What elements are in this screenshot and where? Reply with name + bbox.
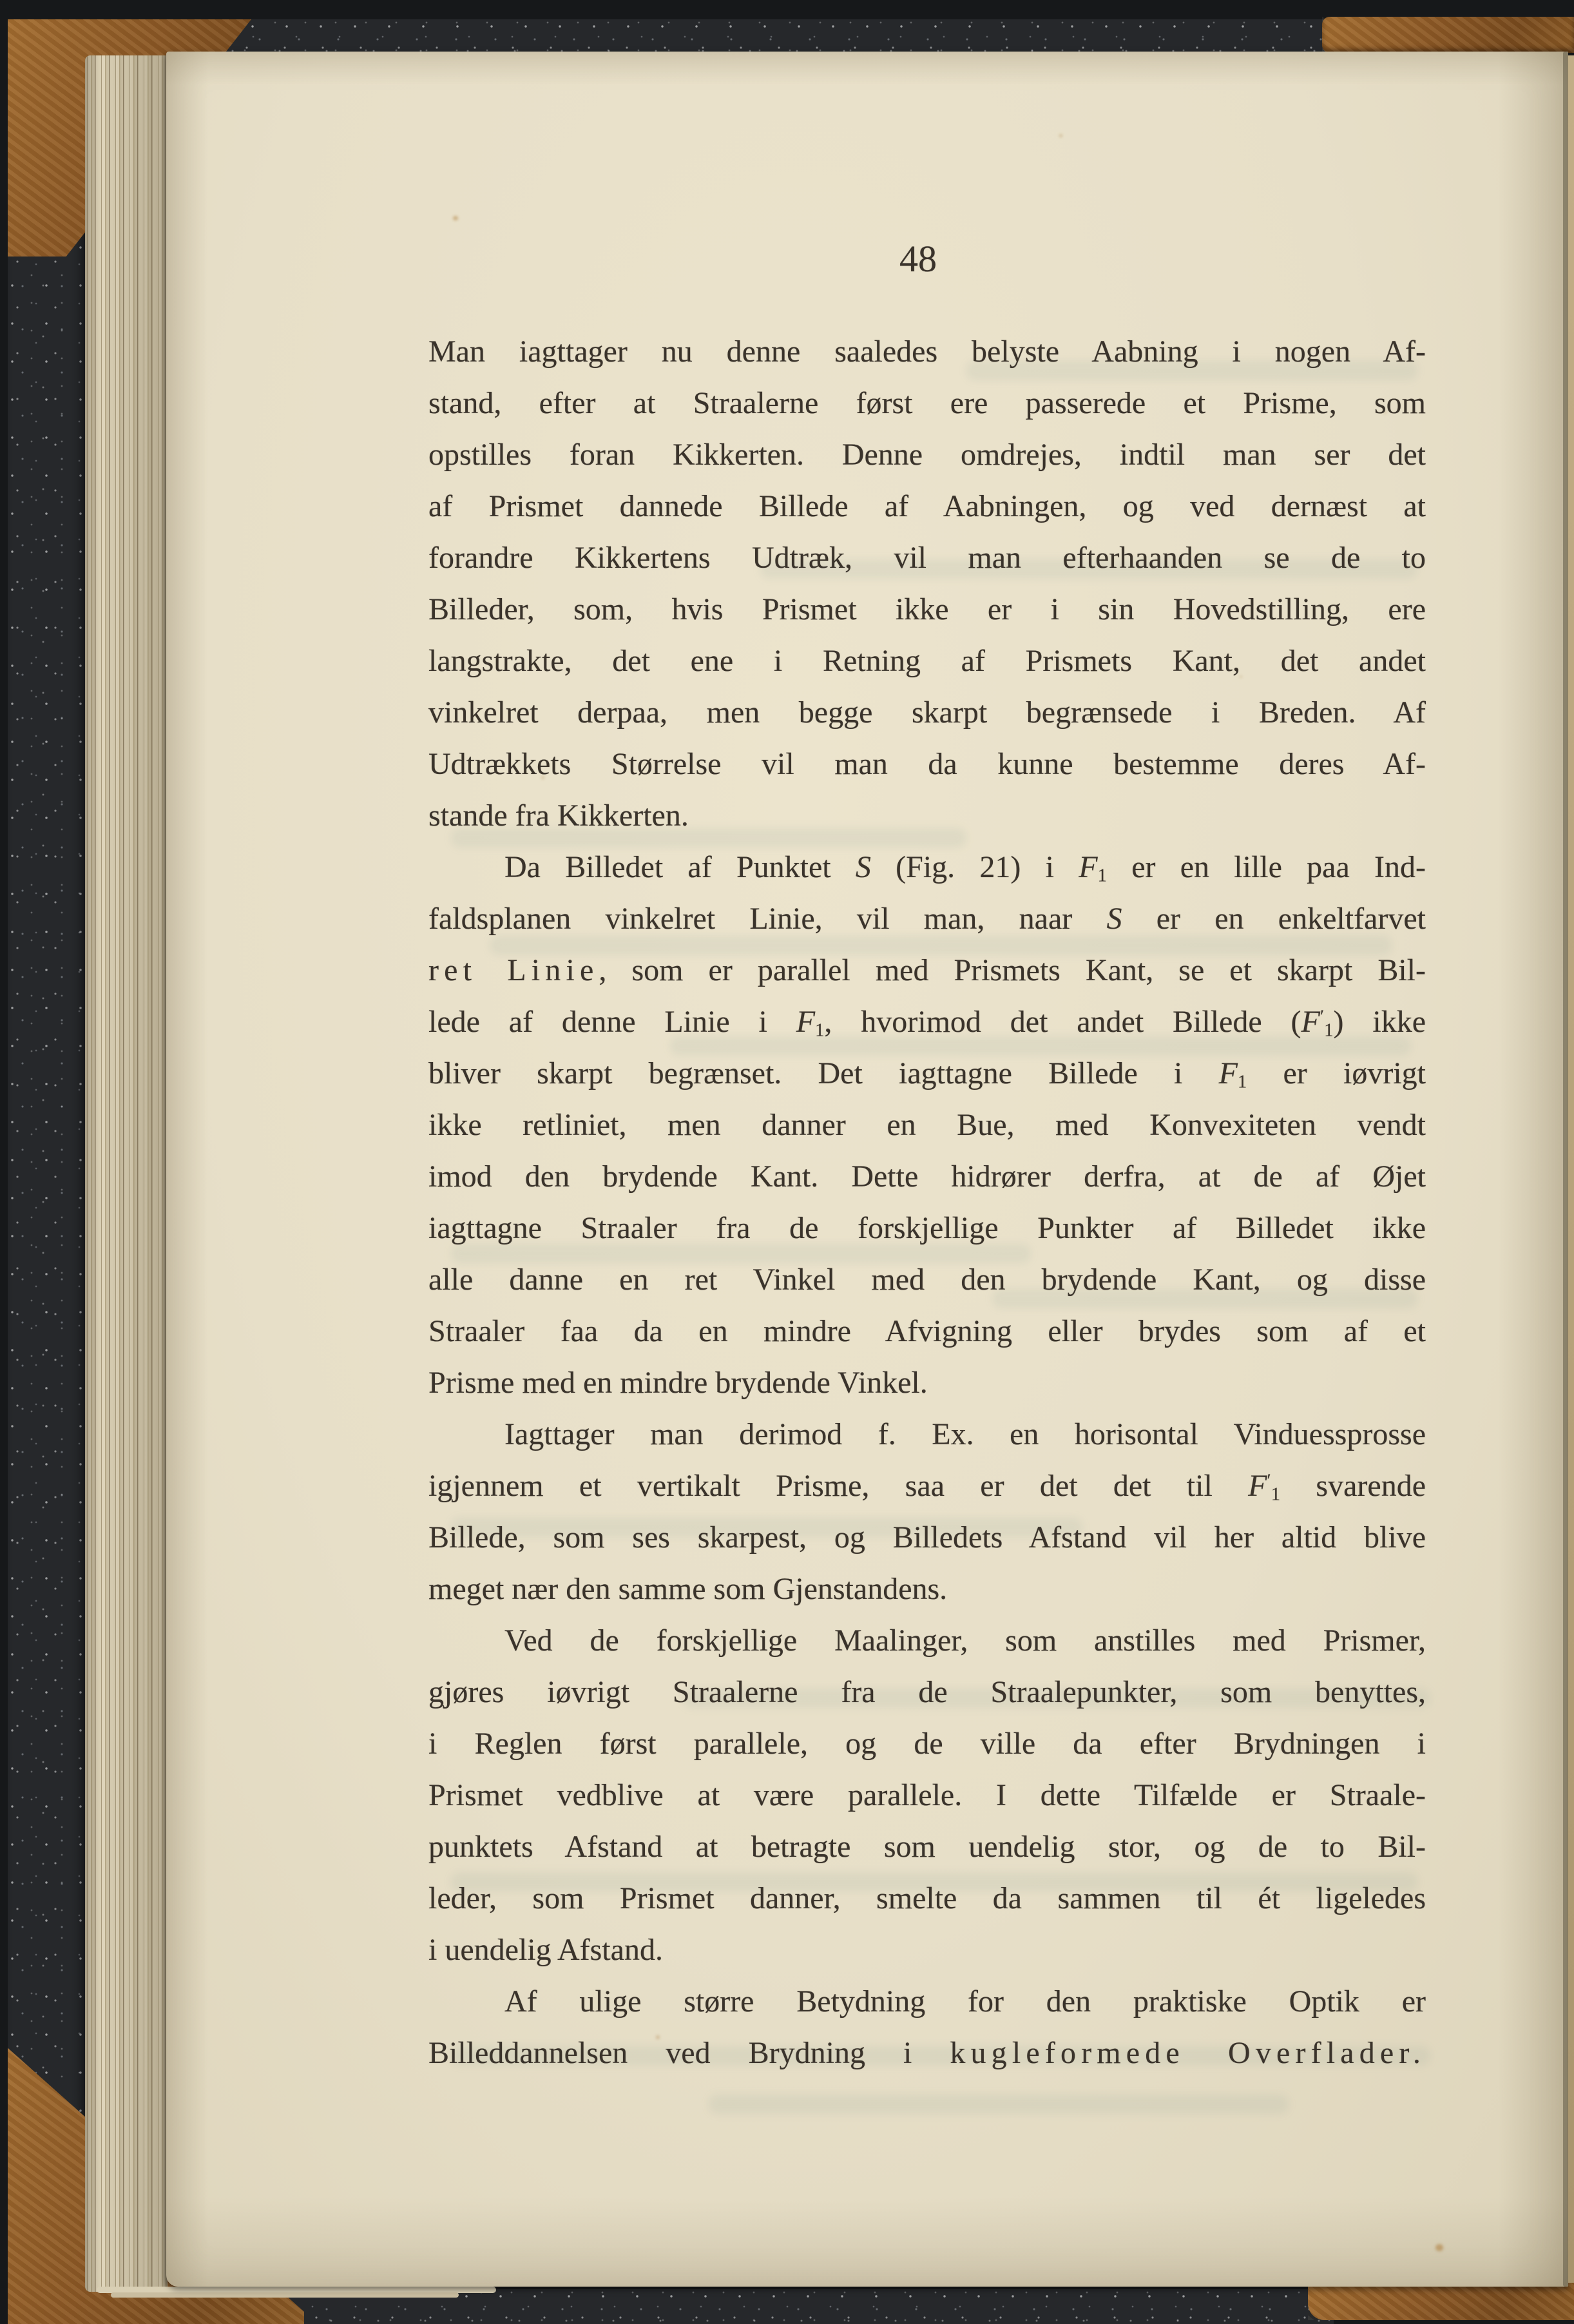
cover-left-edge — [8, 50, 86, 2294]
scanned-book-photo: 48 Man iagttager nu denne saaledes belys… — [0, 0, 1574, 2324]
showthrough-smudge — [709, 2095, 1289, 2114]
math-subscript: 1 — [1324, 1020, 1333, 1040]
text-segment: igjennem et vertikalt Prisme, saa er det… — [428, 1469, 1248, 1503]
text-line: Iagttager man derimod f. Ex. en horisont… — [428, 1409, 1426, 1460]
text-line: i uendelig Afstand. — [428, 1924, 1426, 1976]
text-line: Billeddannelsen ved Brydning i kugleform… — [428, 2028, 1426, 2079]
gutter-shadow — [1563, 52, 1568, 2287]
next-page-edge — [1568, 55, 1574, 2283]
text-line: Straaler faa da en mindre Afvigning elle… — [428, 1306, 1426, 1357]
text-line: Man iagttager nu denne saaledes belyste … — [428, 326, 1426, 378]
text-line: iagttagne Straaler fra de forskjellige P… — [428, 1203, 1426, 1254]
text-line: af Prismet dannede Billede af Aabningen,… — [428, 481, 1426, 532]
text-line: gjøres iøvrigt Straalerne fra de Straale… — [428, 1667, 1426, 1718]
math-symbol: S — [1106, 902, 1122, 936]
math-symbol: F — [1219, 1056, 1238, 1090]
text-line: Prismet vedblive at være parallele. I de… — [428, 1770, 1426, 1821]
text-line: i Reglen først parallele, og de ville da… — [428, 1718, 1426, 1770]
math-symbol: F — [1301, 1005, 1320, 1039]
text-line: bliver skarpt begrænset. Det iagttagne B… — [428, 1048, 1426, 1099]
text-line: Af ulige større Betydning for den prakti… — [428, 1976, 1426, 2028]
math-subscript: 1 — [1271, 1484, 1280, 1504]
text-segment: er en enkeltfarvet — [1122, 902, 1426, 936]
letterspaced-phrase: kugleformede Overflader. — [950, 2036, 1426, 2070]
text-line: langstrakte, det ene i Retning af Prisme… — [428, 635, 1426, 687]
text-segment: Da Billedet af Punktet — [504, 850, 856, 884]
leather-spine-head — [1322, 17, 1574, 53]
math-symbol: S — [856, 850, 871, 884]
text-line: meget nær den samme som Gjenstandens. — [428, 1564, 1426, 1615]
foxing-spot — [1059, 134, 1062, 137]
text-line: imod den brydende Kant. Dette hidrører d… — [428, 1151, 1426, 1203]
text-line: forandre Kikkertens Udtræk, vil man efte… — [428, 532, 1426, 584]
text-line: lede af denne Linie i F1, hvorimod det a… — [428, 996, 1426, 1048]
text-line: alle danne en ret Vinkel med den brydend… — [428, 1254, 1426, 1306]
text-segment: faldsplanen vinkelret Linie, vil man, na… — [428, 902, 1106, 936]
text-segment: lede af denne Linie i — [428, 1005, 796, 1039]
text-line: leder, som Prismet danner, smelte da sam… — [428, 1873, 1426, 1924]
text-segment: er iøvrigt — [1247, 1056, 1426, 1090]
math-subscript: 1 — [1238, 1071, 1247, 1092]
text-line: vinkelret derpaa, men begge skarpt begræ… — [428, 687, 1426, 739]
text-line: igjennem et vertikalt Prisme, saa er det… — [428, 1460, 1426, 1512]
math-subscript: 1 — [815, 1020, 824, 1040]
math-symbol: F — [796, 1005, 815, 1039]
text-line: stande fra Kikkerten. — [428, 790, 1426, 842]
text-segment: , som er parallel med Prismets Kant, se … — [599, 953, 1426, 987]
text-segment: svarende — [1280, 1469, 1426, 1503]
text-line: Prisme med en mindre brydende Vinkel. — [428, 1357, 1426, 1409]
foxing-spot — [1435, 2244, 1443, 2251]
page-fore-edge-stack — [85, 55, 168, 2292]
text-line: Da Billedet af Punktet S (Fig. 21) i F1 … — [428, 842, 1426, 893]
text-segment: ) ikke — [1334, 1005, 1426, 1039]
page-number: 48 — [854, 237, 983, 280]
text-line: Billeder, som, hvis Prismet ikke er i si… — [428, 584, 1426, 635]
math-symbol: F — [1079, 850, 1097, 884]
text-segment: Billeddannelsen ved Brydning i — [428, 2036, 950, 2070]
text-line: opstilles foran Kikkerten. Denne omdreje… — [428, 429, 1426, 481]
text-line: ret Linie, som er parallel med Prismets … — [428, 945, 1426, 996]
text-segment: er en lille paa Ind- — [1107, 850, 1426, 884]
text-line: faldsplanen vinkelret Linie, vil man, na… — [428, 893, 1426, 945]
page-edge-sliver — [111, 2292, 459, 2298]
text-line: Udtrækkets Størrelse vil man da kunne be… — [428, 739, 1426, 790]
text-line: Billede, som ses skarpest, og Billedets … — [428, 1512, 1426, 1564]
text-line: ikke retliniet, men danner en Bue, med K… — [428, 1099, 1426, 1151]
text-line: punktets Afstand at betragte som uendeli… — [428, 1821, 1426, 1873]
math-subscript: 1 — [1098, 865, 1107, 886]
letterspaced-phrase: ret Linie — [428, 953, 599, 987]
text-segment: , hvorimod det andet Billede ( — [824, 1005, 1301, 1039]
text-line: stand, efter at Straalerne først ere pas… — [428, 378, 1426, 429]
math-symbol: F — [1248, 1469, 1267, 1503]
text-segment: bliver skarpt begrænset. Det iagttagne B… — [428, 1056, 1219, 1090]
text-segment: (Fig. 21) i — [871, 850, 1079, 884]
text-line: Ved de forskjellige Maalinger, som ansti… — [428, 1615, 1426, 1667]
foxing-spot — [453, 216, 458, 220]
text-block: Man iagttager nu denne saaledes belyste … — [428, 326, 1426, 2079]
